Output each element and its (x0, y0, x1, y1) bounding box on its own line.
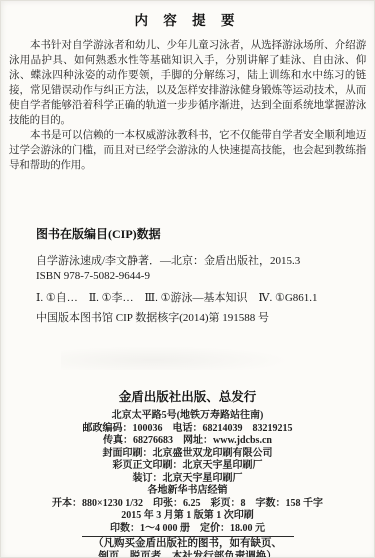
text-printer: 彩页正文印刷：北京天宇星印刷厂 (1, 460, 374, 473)
publisher-address: 北京太平路5号(地铁万寿路站往南) (1, 410, 374, 423)
exchange-notice-line-1: （凡购买金盾出版社的图书，如有缺页、 (1, 537, 374, 550)
bindery: 装订：北京天宇星印刷厂 (1, 473, 374, 486)
cip-isbn: ISBN 978-7-5082-9644-9 (36, 269, 354, 284)
postal-code-phone: 邮政编码：100036 电话：68214039 83219215 (1, 423, 374, 436)
format-specs: 开本：880×1230 1/32 印张：6.25 彩页：8 字数：158 千字 (1, 498, 374, 511)
cip-entry-line: 自学游泳速成/李文静著．—北京：金盾出版社，2015.3 (36, 254, 354, 269)
summary-paragraph-1: 本书针对自学游泳者和幼儿、少年儿童习泳者，从选择游泳场所、介绍游泳用品护具、如何… (9, 38, 366, 128)
summary-title: 内 容 提 要 (1, 12, 374, 29)
fax-website: 传真：68276683 网址：www.jdcbs.cn (1, 435, 374, 448)
cip-heading: 图书在版编目(CIP)数据 (36, 227, 354, 242)
book-copyright-page: 内 容 提 要 本书针对自学游泳者和幼儿、少年儿童习泳者，从选择游泳场所、介绍游… (0, 0, 375, 558)
publisher-heading: 金盾出版社出版、总发行 (1, 390, 374, 405)
edition-printing-info: 2015 年 3 月第 1 版第 1 次印刷 (1, 510, 374, 523)
content-summary-section: 内 容 提 要 本书针对自学游泳者和幼儿、少年儿童习泳者，从选择游泳场所、介绍游… (1, 1, 374, 173)
print-run-price: 印数：1～4 000 册 定价：18.00 元 (1, 523, 374, 536)
colophon-section: 金盾出版社出版、总发行 北京太平路5号(地铁万寿路站往南) 邮政编码：10003… (1, 390, 374, 558)
cip-section: 图书在版编目(CIP)数据 自学游泳速成/李文静著．—北京：金盾出版社，2015… (36, 227, 354, 326)
exchange-notice-line-2: 倒页、脱页者，本社发行部负责调换） (1, 550, 374, 558)
scan-artifact (61, 346, 291, 370)
cover-printer: 封面印刷：北京盛世双龙印刷有限公司 (1, 448, 374, 461)
cip-registry-number: 中国版本图书馆 CIP 数据核字(2014)第 191588 号 (36, 311, 354, 326)
cip-classification: Ⅰ. ①自… Ⅱ. ①李… Ⅲ. ①游泳—基本知识 Ⅳ. ①G861.1 (36, 291, 354, 306)
distribution: 各地新华书店经销 (1, 485, 374, 498)
summary-paragraph-2: 本书是可以信赖的一本权威游泳教科书，它不仅能带自学者安全顺利地迈过学会游泳的门槛… (9, 128, 366, 173)
